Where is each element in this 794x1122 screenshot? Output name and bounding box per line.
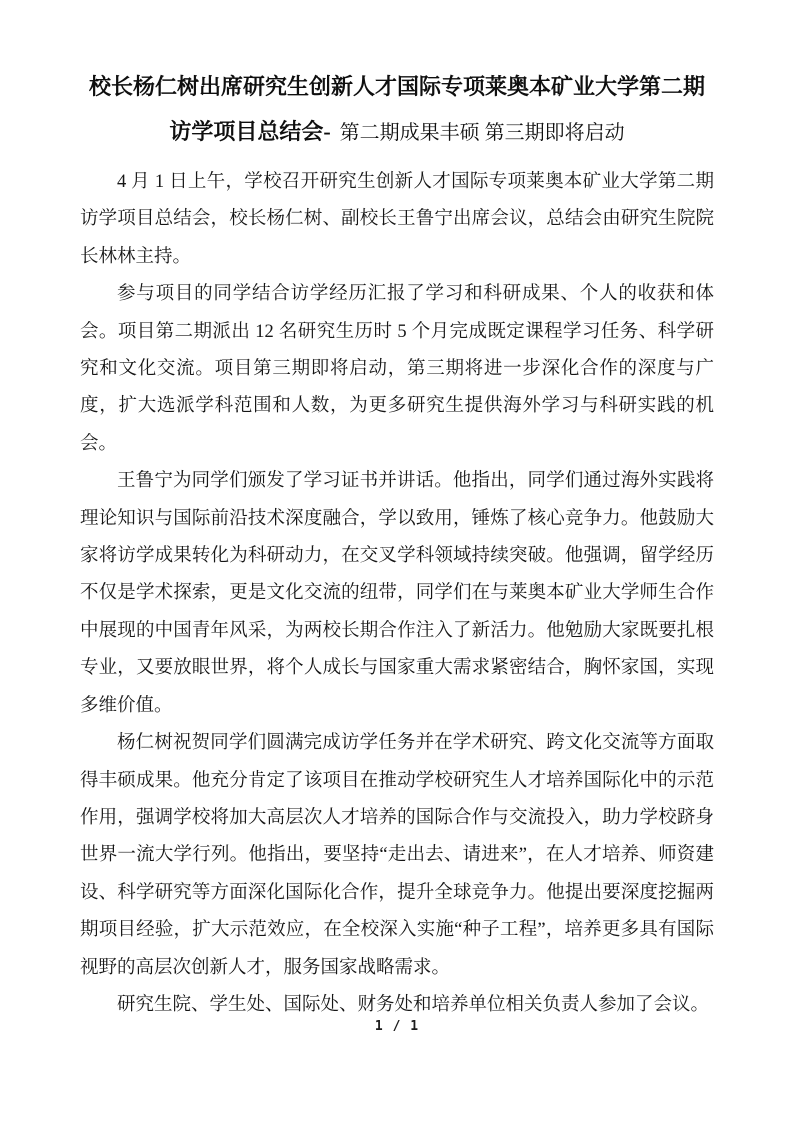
paragraph-intro: 4 月 1 日上午，学校召开研究生创新人才国际专项莱奥本矿业大学第二期访学项目总… — [80, 164, 714, 276]
document-page: 校长杨仁树出席研究生创新人才国际专项莱奥本矿业大学第二期访学项目总结会-第二期成… — [0, 0, 794, 1122]
paragraph-students-report: 参与项目的同学结合访学经历汇报了学习和科研成果、个人的收获和体会。项目第二期派出… — [80, 276, 714, 463]
page-footer: 1 / 1 — [0, 1019, 794, 1034]
page-number: 1 / 1 — [375, 1019, 419, 1034]
document-body: 4 月 1 日上午，学校召开研究生创新人才国际专项莱奥本矿业大学第二期访学项目总… — [80, 164, 714, 1024]
document-title: 校长杨仁树出席研究生创新人才国际专项莱奥本矿业大学第二期访学项目总结会-第二期成… — [80, 64, 714, 156]
paragraph-yang-renshu-speech: 杨仁树祝贺同学们圆满完成访学任务并在学术研究、跨文化交流等方面取得丰硕成果。他充… — [80, 725, 714, 987]
title-subtitle-text: 第二期成果丰硕 第三期即将启动 — [340, 122, 625, 144]
paragraph-wang-luning-speech: 王鲁宁为同学们颁发了学习证书并讲话。他指出，同学们通过海外实践将理论知识与国际前… — [80, 463, 714, 725]
